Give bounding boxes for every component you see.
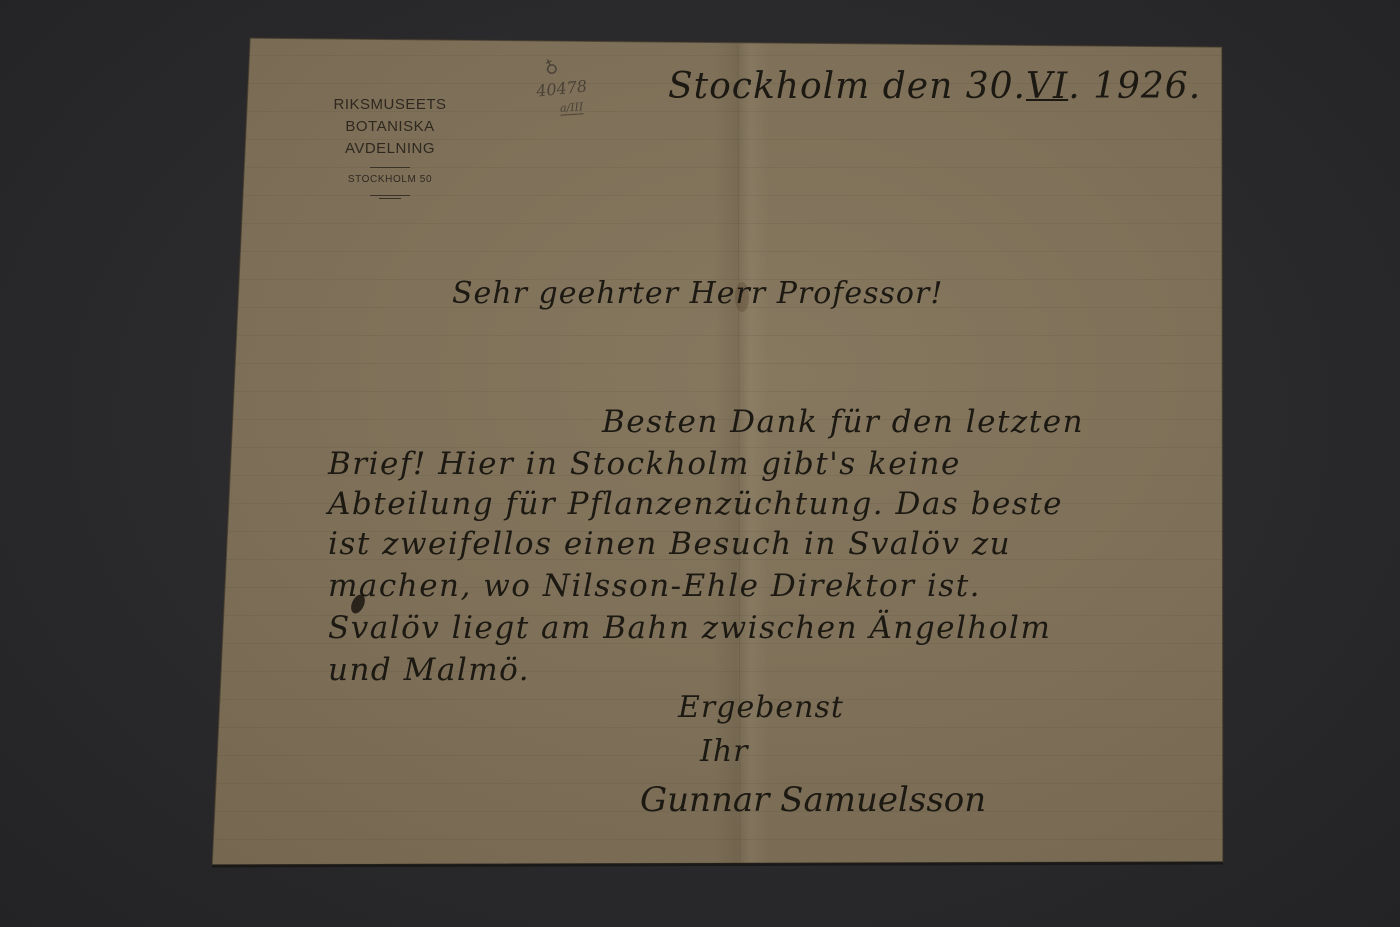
archive-catalog-mark: ♁ 40478 a/III: [536, 56, 626, 115]
body-line-5: machen, wo Nilsson-Ehle Direktor ist.: [328, 568, 981, 604]
signature: Gunnar Samuelsson: [640, 780, 986, 820]
closing-line-2: Ihr: [700, 734, 749, 769]
body-line-3: Abteilung für Pflanzenzüchtung. Das best…: [328, 486, 1063, 522]
saturn-symbol-icon: ♁: [540, 54, 561, 79]
letterhead-rule-short: [379, 198, 401, 199]
dateline: Stockholm den 30.VI. 1926.: [668, 66, 1201, 107]
archive-subnumber: a/III: [560, 100, 584, 116]
letterhead-city: STOCKHOLM 50: [300, 174, 480, 185]
dateline-place: Stockholm den 30.: [668, 66, 1026, 107]
letterhead-line-2: BOTANISKA: [300, 116, 480, 138]
body-line-6: Svalöv liegt am Bahn zwischen Ängelholm: [328, 610, 1051, 646]
letterhead-line-3: AVDELNING: [300, 138, 480, 160]
letterhead-line-1: RIKSMUSEETS: [300, 94, 480, 116]
closing-line-1: Ergebenst: [678, 690, 844, 725]
letterhead: RIKSMUSEETS BOTANISKA AVDELNING STOCKHOL…: [300, 94, 480, 199]
body-line-2: Brief! Hier in Stockholm gibt's keine: [328, 446, 961, 482]
salutation: Sehr geehrter Herr Professor!: [452, 276, 943, 311]
letterhead-rule: [370, 167, 410, 168]
letterhead-rule-lower: [370, 195, 410, 196]
dateline-year: . 1926.: [1068, 66, 1201, 107]
body-line-1: Besten Dank für den letzten: [602, 404, 1084, 440]
dateline-month: VI: [1026, 66, 1068, 107]
body-line-4: ist zweifellos einen Besuch in Svalöv zu: [328, 526, 1011, 562]
body-line-7: und Malmö.: [328, 652, 530, 688]
